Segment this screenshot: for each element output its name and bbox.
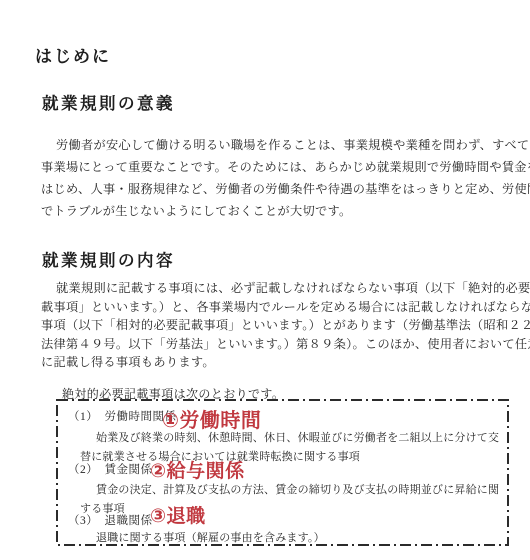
- body-line: に記載し得る事項もあります。: [41, 355, 215, 370]
- item-2-label: （2） 賃金関係: [68, 461, 153, 477]
- item-2-desc-line: 賃金の決定、計算及び支払の方法、賃金の締切り及び支払の時期並びに昇給に関: [96, 481, 499, 497]
- body-line: 載事項」といいます。）と、各事業場内でルールを定める場合には記載しなければならな…: [41, 300, 530, 315]
- item-3-red-annotation: ③退職: [150, 501, 206, 528]
- body-line: 法律第４９号。以下「労基法」といいます。）第８９条）。このほか、使用者において任…: [41, 337, 530, 352]
- item-1-label: （1） 労働時間関係: [68, 408, 177, 424]
- item-3-label: （3） 退職関係: [68, 512, 153, 528]
- body-line: はじめ、人事・服務規律など、労働者の労働条件や待遇の基準をはっきりと定め、労使間: [41, 182, 530, 197]
- body-line: 事項（以下「相対的必要記載事項」といいます。）とがあります（労働基準法（昭和２２…: [41, 318, 530, 333]
- body-line: 労働者が安心して働ける明るい職場を作ることは、事業規模や業種を問わず、すべての: [56, 138, 530, 153]
- section-heading-significance: 就業規則の意義: [42, 90, 175, 114]
- document-page: はじめに 就業規則の意義 労働者が安心して働ける明るい職場を作ることは、事業規模…: [0, 0, 530, 560]
- body-line: 就業規則に記載する事項には、必ず記載しなければならない事項（以下「絶対的必要記: [56, 281, 530, 296]
- section-heading-contents: 就業規則の内容: [42, 247, 175, 271]
- body-line: でトラブルが生じないようにしておくことが大切です。: [41, 204, 351, 219]
- doc-title: はじめに: [35, 42, 111, 67]
- item-1-desc-line: 始業及び終業の時刻、休憩時間、休日、休暇並びに労働者を二組以上に分けて交: [96, 429, 499, 445]
- item-3-desc-line: 退職に関する事項（解雇の事由を含みます。）: [96, 529, 325, 545]
- item-2-red-annotation: ②給与関係: [150, 456, 245, 483]
- body-line: 事業場にとって重要なことです。そのためには、あらかじめ就業規則で労働時間や賃金を: [41, 160, 530, 175]
